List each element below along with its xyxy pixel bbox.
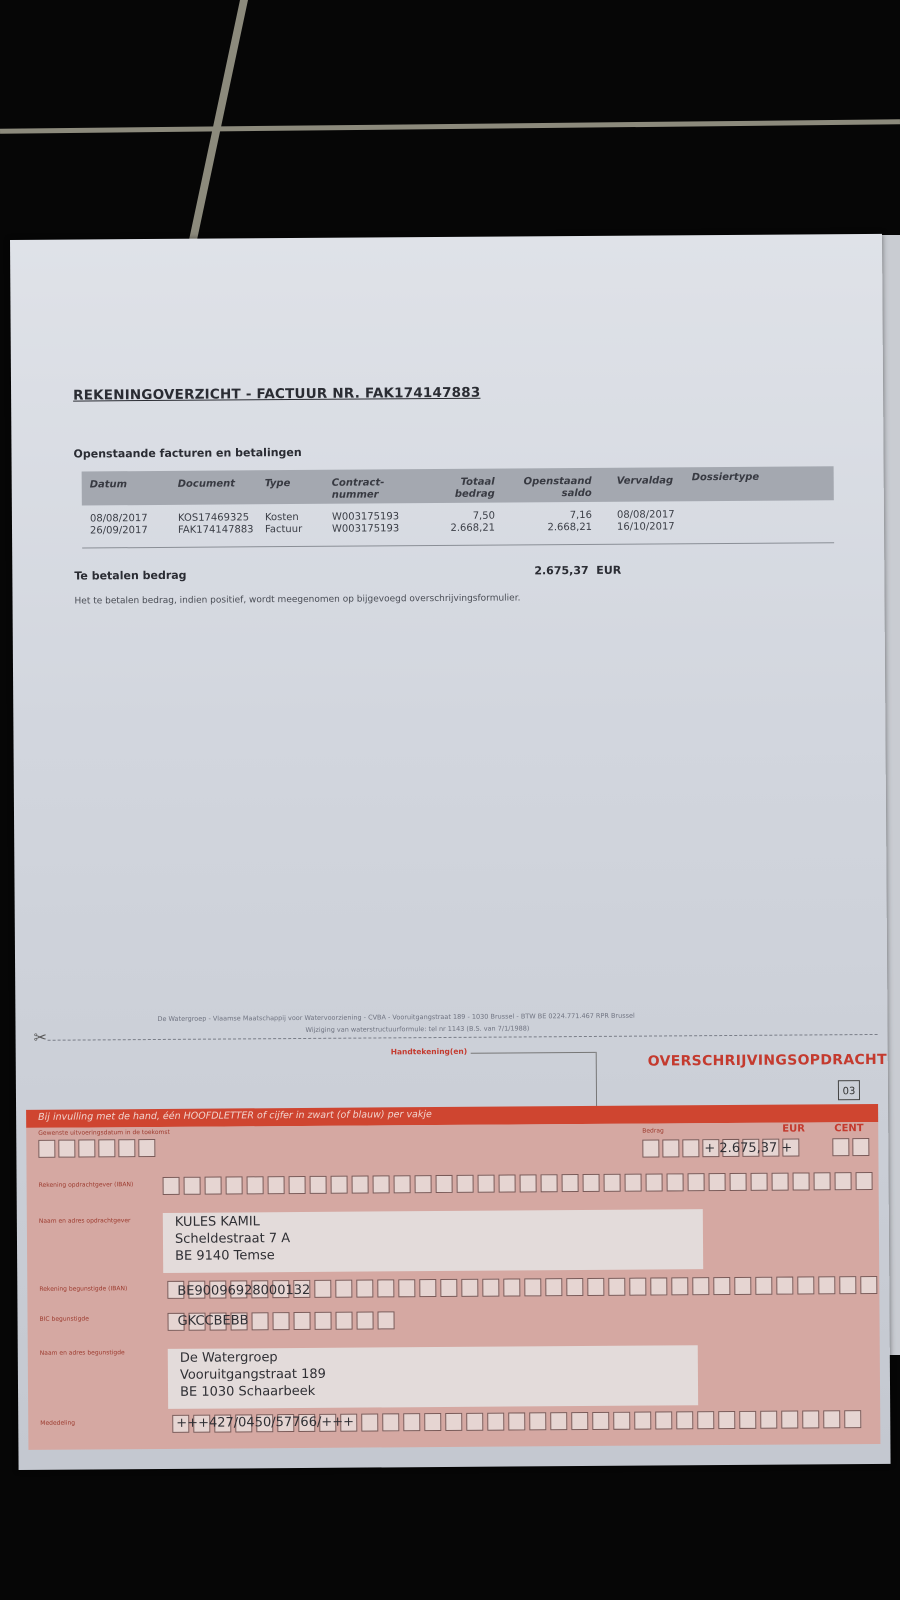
char-box [272,1312,289,1330]
table-divider [82,542,834,548]
char-box [424,1413,441,1431]
cell-openstaand: 7,16 [512,510,592,522]
char-box [377,1279,394,1297]
char-box [793,1172,810,1190]
payee-iban-label: Rekening begunstigde (IBAN) [39,1285,127,1293]
char-box [184,1177,201,1195]
signature-line [471,1052,596,1054]
scissors-icon: ✂ [34,1028,48,1047]
char-box [373,1175,390,1193]
char-box [667,1173,684,1191]
char-box [671,1277,688,1295]
char-box [545,1278,562,1296]
char-box [478,1175,495,1193]
char-box [682,1139,699,1157]
cell-openstaand: 2.668,21 [512,522,592,534]
col-type: Type [265,478,291,490]
char-box [832,1138,849,1156]
char-box [860,1276,877,1294]
payer-line2: Scheldestraat 7 A [175,1231,290,1247]
char-box [314,1312,331,1330]
char-box [361,1413,378,1431]
char-box [457,1175,474,1193]
char-box [550,1412,567,1430]
char-box [356,1311,373,1329]
char-box [814,1172,831,1190]
char-box [58,1140,75,1158]
char-box [377,1311,394,1329]
char-box [541,1174,558,1192]
char-box [709,1173,726,1191]
char-box [289,1176,306,1194]
total-amount-group: 2.675,37 EUR [534,564,621,578]
signature-label: Handtekening(en) [391,1047,468,1057]
char-box [352,1176,369,1194]
char-box [356,1279,373,1297]
message-label: Mededeling [40,1420,75,1427]
char-box [718,1411,735,1429]
payee-bic-label: BIC begunstigde [40,1315,89,1322]
char-box [646,1173,663,1191]
amount-value: + 2.675,37 + [704,1141,792,1157]
char-box [713,1277,730,1295]
char-box [440,1279,457,1297]
payer-line3: BE 9140 Temse [175,1248,275,1264]
char-box [403,1413,420,1431]
cell-datum: 26/09/2017 [90,525,148,536]
char-box [508,1412,525,1430]
char-box [503,1278,520,1296]
char-box [650,1277,667,1295]
payee-iban-value: BE90096928000132 [177,1283,310,1299]
table-header: Datum Document Type Contract- nummer Tot… [82,466,834,505]
char-box [571,1412,588,1430]
char-box [98,1139,115,1157]
char-box [461,1279,478,1297]
invoice-table: Datum Document Type Contract- nummer Tot… [82,466,834,537]
col-document: Document [178,478,235,490]
char-box [856,1172,873,1190]
char-box [730,1173,747,1191]
cell-datum: 08/08/2017 [90,513,148,524]
char-box [755,1277,772,1295]
char-box [335,1280,352,1298]
message-value: +++427/0450/57766/+++ [176,1415,354,1431]
statement-subtitle: Openstaande facturen en betalingen [73,446,301,461]
char-box [776,1277,793,1295]
cell-vervaldag: 16/10/2017 [617,521,675,532]
invoice-sheet: REKENINGOVERZICHT - FACTUUR NR. FAK17414… [10,234,891,1470]
form-body: Gewenste uitvoeringsdatum in de toekomst… [26,1122,880,1450]
char-box [655,1411,672,1429]
payee-line2: Vooruitgangstraat 189 [180,1367,326,1383]
char-box [562,1174,579,1192]
cell-document: KOS17469325 [178,512,249,523]
char-box [487,1413,504,1431]
char-box [592,1412,609,1430]
char-box [398,1279,415,1297]
payer-iban-label: Rekening opdrachtgever (IBAN) [39,1181,134,1189]
char-box [642,1139,659,1157]
char-box [524,1278,541,1296]
char-box [314,1280,331,1298]
char-box [331,1176,348,1194]
char-box [335,1312,352,1330]
char-box [688,1173,705,1191]
char-box [625,1174,642,1192]
amount-label: Bedrag [642,1127,664,1134]
total-label: Te betalen bedrag [74,569,186,583]
form-code: 03 [838,1080,860,1100]
signature-box-edge [596,1052,597,1112]
cell-totaal: 2.668,21 [437,523,495,534]
col-totaal: Totaal bedrag [437,477,495,501]
tile-grout-horizontal [0,119,900,133]
form-title: OVERSCHRIJVINGSOPDRACHT [648,1052,887,1070]
char-box [835,1172,852,1190]
execution-date-label: Gewenste uitvoeringsdatum in de toekomst [38,1129,170,1137]
char-box [293,1312,310,1330]
char-box [692,1277,709,1295]
char-box [205,1177,222,1195]
char-box [662,1139,679,1157]
char-box [268,1176,285,1194]
char-box [613,1412,630,1430]
char-box [697,1411,714,1429]
char-box [466,1413,483,1431]
company-footer-line2: Wijziging van waterstructuurformule: tel… [305,1024,529,1034]
char-box [163,1177,180,1195]
payee-bic-value: GKCCBEBB [178,1313,249,1328]
char-box [118,1139,135,1157]
char-box [802,1410,819,1428]
char-box [739,1411,756,1429]
cell-contract: W003175193 [332,511,399,522]
company-footer: De Watergroep - Vlaamse Maatschappij voo… [157,1012,634,1023]
char-box [760,1411,777,1429]
col-contract: Contract- nummer [332,477,385,501]
cell-type: Kosten [265,512,299,523]
char-box [138,1139,155,1157]
statement-title: REKENINGOVERZICHT - FACTUUR NR. FAK17414… [73,385,480,404]
payer-name-label: Naam en adres opdrachtgever [39,1217,131,1225]
char-box [78,1139,95,1157]
char-box [852,1138,869,1156]
char-box [419,1279,436,1297]
char-box [772,1173,789,1191]
char-box [844,1410,861,1428]
char-box [587,1278,604,1296]
statement-note: Het te betalen bedrag, indien positief, … [74,593,520,606]
char-box [781,1411,798,1429]
char-box [247,1176,264,1194]
char-box [583,1174,600,1192]
col-vervaldag: Vervaldag [617,475,674,487]
transfer-form: Handtekening(en) OVERSCHRIJVINGSOPDRACHT… [26,1044,881,1450]
char-box [382,1413,399,1431]
cut-line [48,1034,878,1041]
cell-document: FAK174147883 [178,524,254,536]
char-box [310,1176,327,1194]
cent-label: CENT [834,1123,863,1134]
char-box [604,1174,621,1192]
char-box [394,1175,411,1193]
char-box [566,1278,583,1296]
total-currency: EUR [596,564,621,577]
char-box [839,1276,856,1294]
char-box [676,1411,693,1429]
payer-line1: KULES KAMIL [175,1214,260,1230]
char-box [499,1174,516,1192]
char-box [445,1413,462,1431]
cell-totaal: 7,50 [437,511,495,522]
char-box [529,1412,546,1430]
col-openstaand: Openstaand saldo [512,476,592,501]
char-box [818,1276,835,1294]
char-box [520,1174,537,1192]
char-box [251,1312,268,1330]
col-datum: Datum [90,479,127,491]
char-box [436,1175,453,1193]
eur-label: EUR [782,1123,805,1134]
char-box [734,1277,751,1295]
col-dossiertype: Dossiertype [692,472,760,484]
cell-vervaldag: 08/08/2017 [617,509,675,520]
char-box [415,1175,432,1193]
payee-line1: De Watergroep [180,1350,278,1366]
payee-name-label: Naam en adres begunstigde [40,1349,125,1357]
payee-line3: BE 1030 Schaarbeek [180,1384,315,1400]
cell-type: Factuur [265,524,302,535]
char-box [634,1412,651,1430]
char-box [608,1278,625,1296]
char-box [482,1279,499,1297]
char-box [38,1140,55,1158]
cell-contract: W003175193 [332,523,399,534]
char-box [226,1176,243,1194]
char-box [823,1410,840,1428]
char-box [797,1276,814,1294]
char-box [629,1278,646,1296]
total-amount: 2.675,37 [534,564,588,577]
char-box [751,1173,768,1191]
